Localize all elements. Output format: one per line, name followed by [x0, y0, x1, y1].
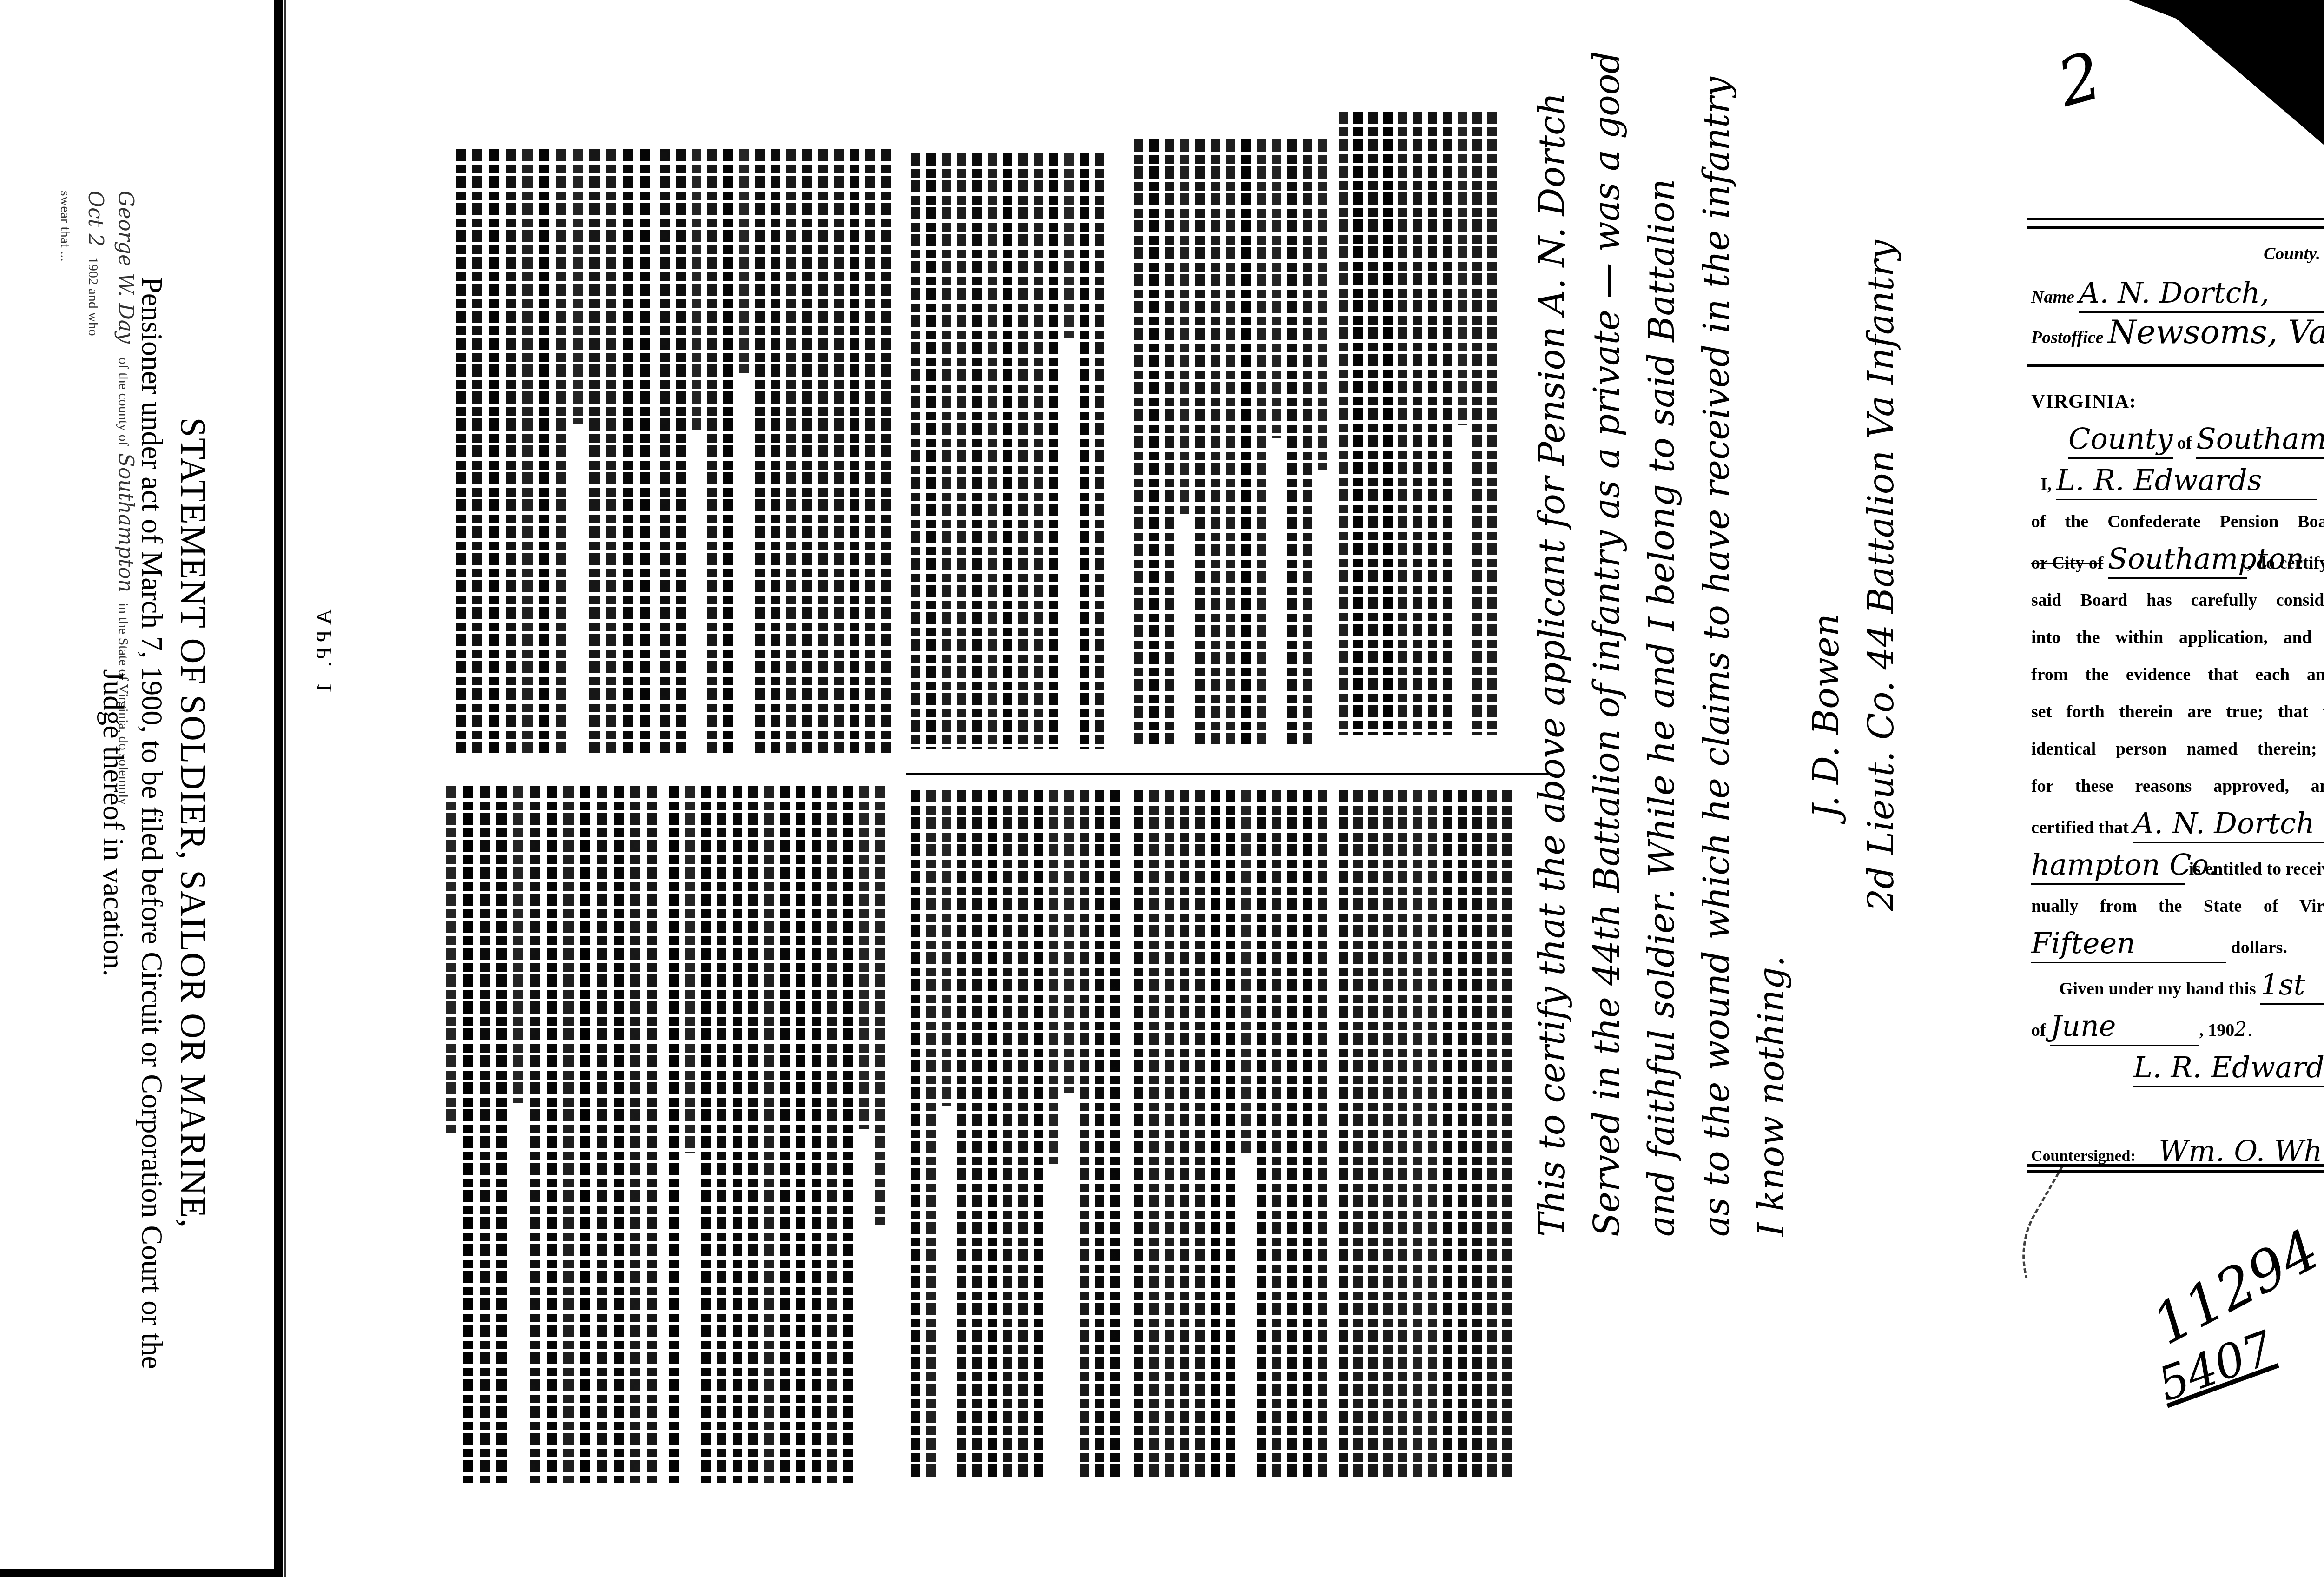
- scan-edge-bottom: [0, 1569, 279, 1577]
- printed-text-line: [614, 786, 624, 1483]
- printed-text-line: [911, 790, 920, 1478]
- date-handwritten: Oct 2: [84, 191, 107, 246]
- county-number-row: County. No. 1919: [2031, 223, 2324, 274]
- printed-text-line: [1080, 153, 1089, 749]
- printed-text-line: [1134, 139, 1143, 744]
- printed-text-line: [972, 790, 982, 1478]
- printed-text-line: [1272, 790, 1281, 1478]
- printed-text-line: [556, 149, 566, 753]
- printed-text-line: [530, 786, 540, 1483]
- printed-text-line: [1241, 139, 1251, 744]
- postoffice-label: Postoffice: [2031, 328, 2103, 347]
- chairman-signature-row: L. R. Edwards: [2031, 1049, 2324, 1091]
- printed-text-line: [812, 786, 821, 1483]
- day-value: 1st: [2260, 966, 2324, 1005]
- postoffice-value: Newsoms, Va.: [2108, 313, 2324, 351]
- printed-text-line: [723, 149, 733, 753]
- body-text: of the Confederate Pension Board of the …: [2031, 503, 2324, 540]
- printed-text-line: [685, 786, 695, 1153]
- printed-text-line: [606, 149, 616, 753]
- countersigned-row: Countersigned: Wm. O. White: [2031, 1133, 2324, 1175]
- printed-text-line: [1487, 112, 1497, 735]
- name-row: Name A. N. Dortch,: [2031, 274, 2324, 313]
- body-text: said Board has carefully considered and …: [2031, 582, 2324, 619]
- printed-text-column: [660, 149, 892, 753]
- county-handwritten: County: [2068, 420, 2173, 459]
- printed-text-line: [1165, 139, 1174, 744]
- printed-text-line: [771, 149, 780, 753]
- city-row: or City of Southampton, do certify that …: [2031, 540, 2324, 582]
- printed-text-line: [1195, 790, 1205, 1478]
- pension-board-certificate: County. No. 1919 Name A. N. Dortch, Post…: [2031, 223, 2324, 1203]
- printed-text-line: [692, 149, 701, 430]
- page-fold-line: [284, 0, 286, 1577]
- printed-text-line: [1195, 139, 1205, 744]
- printed-text-line: [988, 153, 997, 749]
- printed-text-line: [1383, 790, 1393, 1478]
- state-heading: VIRGINIA:: [2031, 383, 2324, 420]
- of-label: of: [2177, 433, 2192, 453]
- printed-text-column: [1134, 139, 1329, 744]
- month-row: of June, 1902.: [2031, 1007, 2324, 1049]
- chairman-name: L. R. Edwards: [2056, 462, 2317, 500]
- printed-text-line: [1339, 112, 1348, 735]
- printed-text-line: [623, 149, 633, 753]
- printed-text-line: [1003, 790, 1012, 1478]
- printed-text-line: [1034, 790, 1043, 1478]
- year-prefix: , 190: [2199, 1020, 2234, 1040]
- printed-text-line: [573, 149, 583, 424]
- of-label: of: [2031, 1020, 2046, 1040]
- printed-text-line: [865, 149, 875, 753]
- printed-text-line: [1428, 112, 1437, 735]
- applicant-name-handwritten: George W. Day: [114, 191, 138, 344]
- certified-value-cont: hampton Co.: [2031, 846, 2185, 885]
- printed-text-line: [1134, 790, 1143, 1478]
- printed-text-line: [1502, 790, 1512, 1478]
- affidavit-line: as to the wound which he claims to have …: [1689, 353, 1744, 1237]
- page-fold-shadow: [274, 0, 283, 1577]
- printed-text-line: [522, 149, 533, 753]
- chairman-sig-label: Chairman.: [2031, 1091, 2324, 1109]
- city-value: Southampton: [2108, 540, 2247, 579]
- printed-text-line: [818, 149, 828, 753]
- printed-text-line: [446, 786, 456, 1135]
- certified-label: certified that: [2031, 818, 2129, 837]
- printed-text-line: [1339, 790, 1348, 1478]
- printed-text-line: [1428, 790, 1437, 1478]
- printed-text-line: [957, 153, 966, 749]
- corner-handwritten-mark: 2: [2050, 38, 2109, 122]
- printed-text-line: [1413, 112, 1422, 735]
- printed-text-line: [843, 786, 853, 1483]
- body-text: do certify that the: [2256, 553, 2324, 573]
- printed-text-line: [796, 786, 805, 1483]
- printed-text-line: [1149, 139, 1159, 744]
- printed-text-line: [881, 149, 891, 753]
- body-text: for these reasons approved, and it is th…: [2031, 768, 2324, 805]
- printed-text-line: [1398, 790, 1407, 1478]
- printed-text-line: [669, 786, 679, 1483]
- printed-text-line: [942, 790, 951, 1106]
- printed-text-line: [630, 786, 640, 1483]
- printed-text-line: [988, 790, 997, 1478]
- printed-text-line: [489, 149, 499, 753]
- printed-text-line: [802, 149, 812, 753]
- printed-text-line: [1180, 790, 1189, 1478]
- printed-text-line: [647, 786, 657, 1483]
- printed-text-line: [875, 786, 885, 1225]
- county-handwritten: Southampton: [114, 453, 138, 593]
- printed-text-line: [513, 786, 523, 1103]
- statement-field-row: swear that ...: [51, 191, 79, 1399]
- printed-text-column: [456, 149, 651, 753]
- county-of-value: Southampton: [2196, 420, 2324, 459]
- affidavit-line: This to certify that the above applicant…: [1525, 353, 1579, 1237]
- printed-text-line: [1443, 790, 1452, 1478]
- body-text: into the within application, and being f…: [2031, 619, 2324, 656]
- given-row: Given under my hand this 1st day: [2031, 966, 2324, 1007]
- month-value: June: [2050, 1007, 2199, 1046]
- printed-text-line: [1487, 790, 1497, 1478]
- body-text: from the evidence that each and all of t…: [2031, 656, 2324, 693]
- i-label: I,: [2040, 475, 2052, 494]
- statement-field-row: George W. Day of the county of Southampt…: [109, 191, 139, 1399]
- printed-text-line: [539, 149, 549, 753]
- printed-text-line: [1472, 112, 1482, 735]
- statement-fields: George W. Day of the county of Southampt…: [0, 191, 139, 1399]
- printed-text-line: [1018, 153, 1028, 749]
- printed-text-line: [472, 149, 482, 753]
- printed-text-line: [547, 786, 557, 1483]
- printed-text-line: [1226, 790, 1235, 1478]
- printed-text-line: [589, 149, 600, 753]
- printed-text-line: [1368, 112, 1378, 735]
- statement-field-row: Oct 2 1902 and who: [79, 191, 109, 1399]
- printed-text-line: [1110, 790, 1120, 1478]
- column-divider: [906, 773, 1548, 775]
- statement-title: STATEMENT OF SOLDIER, SAILOR OR MARINE,: [172, 219, 214, 1427]
- printed-text-line: [1064, 790, 1074, 1093]
- printed-text-line: [764, 786, 774, 1483]
- body-text: is entitled to receive an-: [2189, 859, 2324, 879]
- printed-text-line: [1018, 790, 1028, 1478]
- chairman-row: I, L. R. Edwards Chairman: [2031, 462, 2324, 503]
- printed-text-line: [1458, 112, 1467, 425]
- printed-text-line: [1368, 790, 1378, 1478]
- printed-text-line: [942, 153, 951, 749]
- city-of-struck: or City of: [2031, 553, 2104, 573]
- printed-text-line: [1080, 790, 1089, 1478]
- county-label: County.: [2264, 235, 2320, 272]
- printed-text-line: [1287, 790, 1297, 1478]
- statement-label: 1902 and who: [86, 257, 101, 336]
- printed-text-line: [707, 149, 717, 753]
- printed-text-line: [480, 786, 490, 1483]
- printed-text-line: [456, 149, 466, 753]
- printed-text-line: [1318, 790, 1327, 1478]
- printed-text-line: [1458, 790, 1467, 1478]
- printed-text-line: [640, 149, 650, 753]
- printed-text-line: [859, 786, 869, 1129]
- printed-text-line: [748, 786, 758, 1483]
- printed-text-line: [926, 153, 936, 749]
- printed-text-line: [850, 149, 859, 753]
- printed-text-line: [1180, 139, 1189, 514]
- printed-text-line: [1413, 790, 1422, 1478]
- printed-text-line: [1165, 790, 1174, 1478]
- name-label: Name: [2031, 287, 2074, 307]
- certified-value: A. N. Dortch — of South: [2133, 805, 2324, 843]
- printed-text-line: [1443, 112, 1452, 735]
- printed-text-column: [911, 790, 1120, 1478]
- printed-text-line: [827, 786, 837, 1483]
- printed-text-line: [755, 149, 765, 753]
- countersigned-label: Countersigned:: [2031, 1147, 2136, 1165]
- printed-text-line: [701, 786, 711, 1483]
- statement-label: in the State of Virginia, do solemnly: [116, 603, 131, 805]
- printed-text-line: [1049, 790, 1058, 1164]
- entitled-row: hampton Co. is entitled to receive an-: [2031, 846, 2324, 888]
- printed-text-line: [739, 149, 749, 373]
- printed-text-line: [957, 790, 966, 1478]
- printed-text-line: [1318, 139, 1327, 470]
- printed-text-column: [669, 786, 892, 1483]
- body-text: nually from the State of Virginia the su…: [2031, 888, 2324, 925]
- printed-text-column: [1339, 790, 1515, 1478]
- form-top-rule: [2027, 218, 2324, 220]
- printed-text-column: [1134, 790, 1329, 1478]
- given-label: Given under my hand this: [2059, 979, 2256, 999]
- printed-text-line: [506, 149, 516, 753]
- printed-text-line: [496, 786, 507, 1483]
- printed-text-line: [926, 790, 936, 1478]
- printed-text-line: [786, 149, 796, 753]
- printed-text-line: [1303, 139, 1312, 744]
- printed-text-line: [463, 786, 473, 1483]
- printed-text-line: [1353, 790, 1363, 1478]
- printed-text-line: [1303, 790, 1312, 1478]
- affidavit-signature: J. D. Bowen: [1799, 353, 1854, 1237]
- printed-text-line: [563, 786, 574, 1483]
- printed-text-line: [1211, 790, 1220, 1478]
- printed-text-line: [1003, 153, 1012, 749]
- printed-text-line: [1272, 139, 1281, 438]
- printed-text-line: [1095, 153, 1104, 749]
- printed-text-line: [1049, 153, 1058, 749]
- printed-text-line: [1226, 139, 1235, 744]
- printed-text-column: [911, 153, 1116, 749]
- affidavit-signature-title: 2d Lieut. Co. 44 Battalion Va Infantry: [1854, 353, 1908, 1237]
- printed-text-line: [597, 786, 607, 1483]
- body-text: set forth therein are true; that the app…: [2031, 693, 2324, 730]
- certified-row: certified that A. N. Dortch — of South: [2031, 805, 2324, 846]
- affidavit-line: Served in the 44th Battalion of infantry…: [1579, 353, 1634, 1237]
- printed-text-column: [446, 786, 660, 1483]
- printed-text-column: [1339, 112, 1506, 735]
- affidavit-line: and faithful soldier. While he and I bel…: [1634, 353, 1689, 1237]
- printed-text-line: [1095, 790, 1104, 1478]
- statement-label: swear that ...: [58, 191, 73, 261]
- printed-text-line: [1287, 139, 1297, 744]
- printed-text-line: [1383, 112, 1393, 735]
- dollars-label: dollars.: [2231, 938, 2287, 957]
- printed-text-line: [780, 786, 790, 1483]
- printed-text-line: [676, 149, 686, 753]
- printed-text-line: [911, 153, 920, 749]
- printed-text-line: [1064, 153, 1074, 338]
- clerk-signature: Wm. O. White: [2159, 1134, 2324, 1168]
- printed-text-line: [1353, 112, 1363, 735]
- upside-down-label: APP. 1: [311, 609, 349, 749]
- statement-label: of the county of: [116, 358, 131, 446]
- county-of-row: County of Southampton To-wit:: [2031, 420, 2324, 462]
- name-value: A. N. Dortch,: [2079, 274, 2324, 313]
- sum-value: Fifteen: [2031, 925, 2226, 963]
- printed-text-line: [717, 786, 726, 1483]
- printed-text-line: [972, 153, 982, 749]
- body-text: identical person named therein; the appl…: [2031, 730, 2324, 768]
- printed-text-line: [1472, 790, 1482, 1478]
- printed-text-line: [580, 786, 590, 1483]
- printed-text-line: [1034, 153, 1043, 749]
- printed-text-line: [1241, 790, 1251, 1153]
- chairman-signature: L. R. Edwards: [2133, 1049, 2324, 1087]
- printed-text-line: [1257, 139, 1266, 744]
- sum-row: Fifteen dollars.: [2031, 925, 2324, 966]
- affidavit-line: I know nothing.: [1744, 353, 1799, 1237]
- handwritten-affidavit: This to certify that the above applicant…: [1525, 353, 1943, 1237]
- printed-text-line: [733, 786, 742, 1483]
- postoffice-row: Postoffice Newsoms, Va.: [2031, 313, 2324, 364]
- year-suffix: 2.: [2234, 1018, 2253, 1040]
- printed-text-line: [834, 149, 844, 753]
- printed-text-line: [1398, 112, 1407, 735]
- printed-text-line: [660, 149, 670, 753]
- printed-text-line: [1257, 790, 1266, 1478]
- printed-text-line: [1149, 790, 1159, 1478]
- printed-text-line: [1211, 139, 1220, 744]
